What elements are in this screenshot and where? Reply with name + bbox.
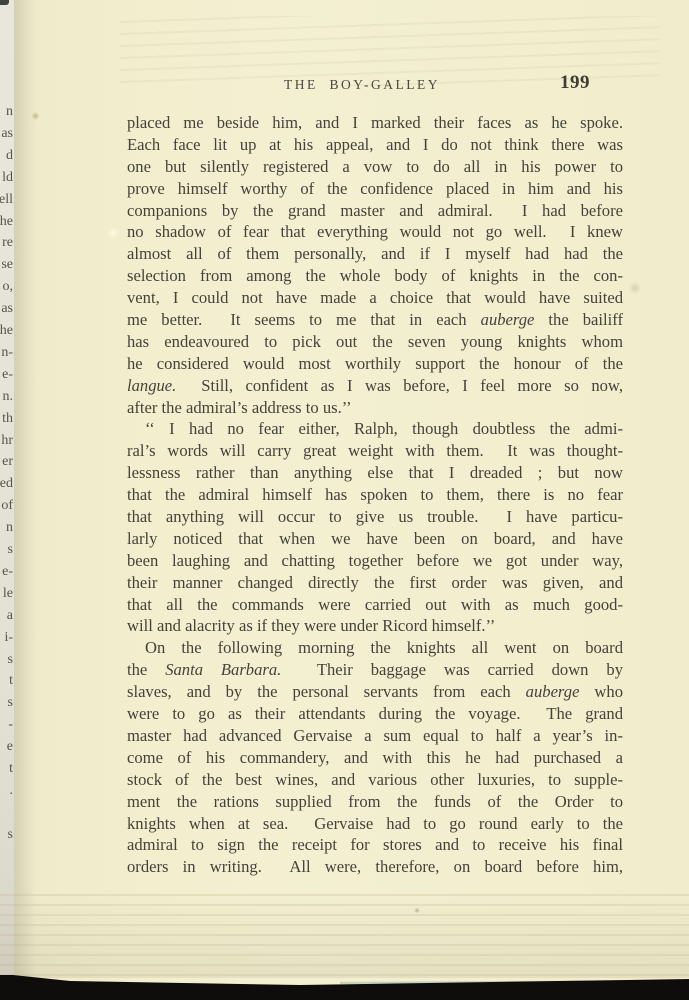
text-line: that the admiral himself has spoken to t…: [127, 484, 623, 506]
text-line: after the admiral’s address to us.’’: [127, 397, 623, 419]
edge-fragment: t: [9, 761, 13, 777]
edge-fragment: ld: [2, 170, 13, 186]
age-spot: [107, 227, 119, 239]
text-line: knights when at sea. Gervaise had to go …: [127, 813, 623, 835]
text-line: will and alacrity as if they were under …: [127, 615, 623, 637]
edge-fragment: e-: [2, 564, 13, 580]
running-header: THE BOY-GALLEY: [114, 77, 610, 93]
edge-fragment: t: [9, 673, 13, 689]
edge-fragment: n: [6, 520, 13, 536]
text-line: that anything will occur to give us trou…: [127, 506, 623, 528]
edge-fragment: le: [3, 586, 13, 602]
facing-page-edge-strip: nasdldellhereseo,ashen-e-n.thhreredofnse…: [0, 0, 14, 978]
text-line: he considered would most worthily suppor…: [127, 353, 623, 375]
text-line: langue. Still, confident as I was before…: [127, 375, 623, 397]
edge-fragment: d: [6, 148, 13, 164]
book-page-scan: nasdldellhereseo,ashen-e-n.thhreredofnse…: [0, 0, 689, 1000]
edge-fragment: e-: [2, 367, 13, 383]
text-line: On the following morning the knights all…: [127, 637, 623, 659]
edge-fragment: s: [8, 827, 13, 843]
text-line: ment the rations supplied from the funds…: [127, 791, 623, 813]
edge-fragment: as: [1, 126, 13, 142]
text-line: were to go as their attendants during th…: [127, 703, 623, 725]
edge-fragment: n: [6, 104, 13, 120]
text-line: admiral to sign the receipt for stores a…: [127, 834, 623, 856]
edge-fragment: hr: [1, 433, 13, 449]
edge-fragment: he: [0, 323, 13, 339]
text-line: ‘‘ I had no fear either, Ralph, though d…: [127, 418, 623, 440]
edge-fragment: th: [2, 411, 13, 427]
edge-fragment: e: [7, 739, 13, 755]
text-line: me better. It seems to me that in each a…: [127, 309, 623, 331]
edge-fragment: re: [2, 235, 13, 251]
text-line: larly noticed that when we have been on …: [127, 528, 623, 550]
age-spot: [414, 908, 420, 913]
edge-fragment: he: [0, 214, 13, 230]
text-line: lessness rather than anything else that …: [127, 462, 623, 484]
text-line: selection from among the whole body of k…: [127, 265, 623, 287]
text-line: almost all of them personally, and if I …: [127, 243, 623, 265]
text-line: their manner changed directly the first …: [127, 572, 623, 594]
text-line: that all the commands were carried out w…: [127, 594, 623, 616]
text-line: companions by the grand master and admir…: [127, 200, 623, 222]
gutter-shadow: [14, 0, 36, 978]
text-line: one but silently registered a vow to do …: [127, 156, 623, 178]
text-line: orders in writing. All were, therefore, …: [127, 856, 623, 878]
edge-fragment: ed: [0, 476, 13, 492]
text-line: Each face lit up at his appeal, and I do…: [127, 134, 623, 156]
edge-fragment: ell: [0, 192, 13, 208]
edge-fragment: a: [7, 608, 13, 624]
edge-fragment: se: [1, 257, 13, 273]
edge-fragment: s: [8, 542, 13, 558]
edge-fragment: of: [1, 498, 13, 514]
text-line: prove himself worthy of the confidence p…: [127, 178, 623, 200]
edge-fragment: i-: [4, 630, 13, 646]
edge-fragment: as: [1, 301, 13, 317]
edge-fragment: n-: [1, 345, 13, 361]
edge-fragment: .: [10, 783, 14, 799]
edge-fragment: o,: [3, 279, 14, 295]
text-line: the Santa Barbara. Their baggage was car…: [127, 659, 623, 681]
edge-fragment: s: [8, 695, 13, 711]
scanner-corner-mark: [0, 0, 9, 5]
text-line: has endeavoured to pick out the seven yo…: [127, 331, 623, 353]
text-line: placed me beside him, and I marked their…: [127, 112, 623, 134]
text-block: placed me beside him, and I marked their…: [127, 112, 623, 878]
edge-fragment: s: [8, 652, 13, 668]
text-line: slaves, and by the personal servants fro…: [127, 681, 623, 703]
edge-fragment: n.: [3, 389, 14, 405]
text-line: no shadow of fear that everything would …: [127, 221, 623, 243]
edge-fragment: er: [2, 454, 13, 470]
text-line: vent, I could not have made a choice tha…: [127, 287, 623, 309]
text-line: come of his commandery, and with this he…: [127, 747, 623, 769]
text-line: been laughing and chatting together befo…: [127, 550, 623, 572]
text-line: stock of the best wines, and various oth…: [127, 769, 623, 791]
text-line: master had advanced Gervaise a sum equal…: [127, 725, 623, 747]
page-edge-streaks-bottom: [0, 890, 689, 978]
page-number: 199: [560, 72, 590, 94]
edge-fragment: -: [8, 717, 13, 733]
text-line: ral’s words will carry great weight with…: [127, 440, 623, 462]
age-spot: [628, 282, 642, 294]
